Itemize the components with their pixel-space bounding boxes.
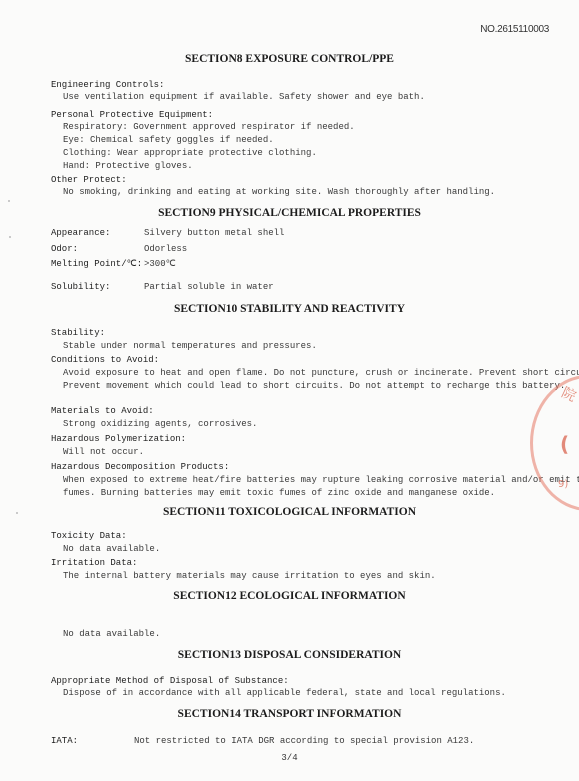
section11-title: SECTION11 TOXICOLOGICAL INFORMATION [0,506,579,518]
scan-speck [16,512,18,514]
iata-text: Not restricted to IATA DGR according to … [134,736,474,746]
polymerization-label: Hazardous Polymerization: [51,434,186,444]
decomposition-label: Hazardous Decomposition Products: [51,462,229,472]
materials-label: Materials to Avoid: [51,406,154,416]
section8-title: SECTION8 EXPOSURE CONTROL/PPE [0,53,579,65]
disposal-method-label: Appropriate Method of Disposal of Substa… [51,676,289,686]
polymerization-text: Will not occur. [63,447,144,457]
toxicity-text: No data available. [63,544,160,554]
decomposition-line-1: When exposed to extreme heat/fire batter… [63,475,579,485]
conditions-line-2: Prevent movement which could lead to sho… [63,381,565,391]
disposal-method-text: Dispose of in accordance with all applic… [63,688,506,698]
iata-label: IATA: [51,736,78,746]
materials-text: Strong oxidizing agents, corrosives. [63,419,257,429]
conditions-line-1: Avoid exposure to heat and open flame. D… [63,368,579,378]
other-protect-label: Other Protect: [51,175,127,185]
page-number: 3/4 [0,753,579,763]
ppe-label: Personal Protective Equipment: [51,110,213,120]
irritation-text: The internal battery materials may cause… [63,571,436,581]
decomposition-line-2: fumes. Burning batteries may emit toxic … [63,488,495,498]
engineering-controls-text: Use ventilation equipment if available. … [63,92,425,102]
conditions-label: Conditions to Avoid: [51,355,159,365]
property-value-odor: Odorless [144,244,187,254]
document-number: NO.2615110003 [480,24,549,35]
property-label-odor: Odor: [51,244,78,254]
seal-stamp-char: 9) [558,479,568,490]
section12-title: SECTION12 ECOLOGICAL INFORMATION [0,590,579,602]
section10-title: SECTION10 STABILITY AND REACTIVITY [0,303,579,315]
section14-title: SECTION14 TRANSPORT INFORMATION [0,708,579,720]
other-protect-text: No smoking, drinking and eating at worki… [63,187,495,197]
property-label-solubility: Solubility: [51,282,110,292]
ppe-respiratory: Respiratory: Government approved respira… [63,122,355,132]
engineering-controls-label: Engineering Controls: [51,80,164,90]
stability-text: Stable under normal temperatures and pre… [63,341,317,351]
property-label-melting-point: Melting Point/℃: [51,259,142,269]
property-value-melting-point: >300℃ [144,259,176,269]
property-value-appearance: Silvery button metal shell [144,228,284,238]
stability-label: Stability: [51,328,105,338]
ppe-hand: Hand: Protective gloves. [63,161,193,171]
ppe-clothing: Clothing: Wear appropriate protective cl… [63,148,317,158]
toxicity-label: Toxicity Data: [51,531,127,541]
scan-speck [9,236,11,238]
ppe-eye: Eye: Chemical safety goggles if needed. [63,135,274,145]
section13-title: SECTION13 DISPOSAL CONSIDERATION [0,649,579,661]
seal-stamp-char: ( [560,432,569,456]
property-label-appearance: Appearance: [51,228,110,238]
section9-title: SECTION9 PHYSICAL/CHEMICAL PROPERTIES [0,207,579,219]
scan-speck [8,200,10,202]
property-value-solubility: Partial soluble in water [144,282,274,292]
irritation-label: Irritation Data: [51,558,137,568]
ecological-text: No data available. [63,629,160,639]
